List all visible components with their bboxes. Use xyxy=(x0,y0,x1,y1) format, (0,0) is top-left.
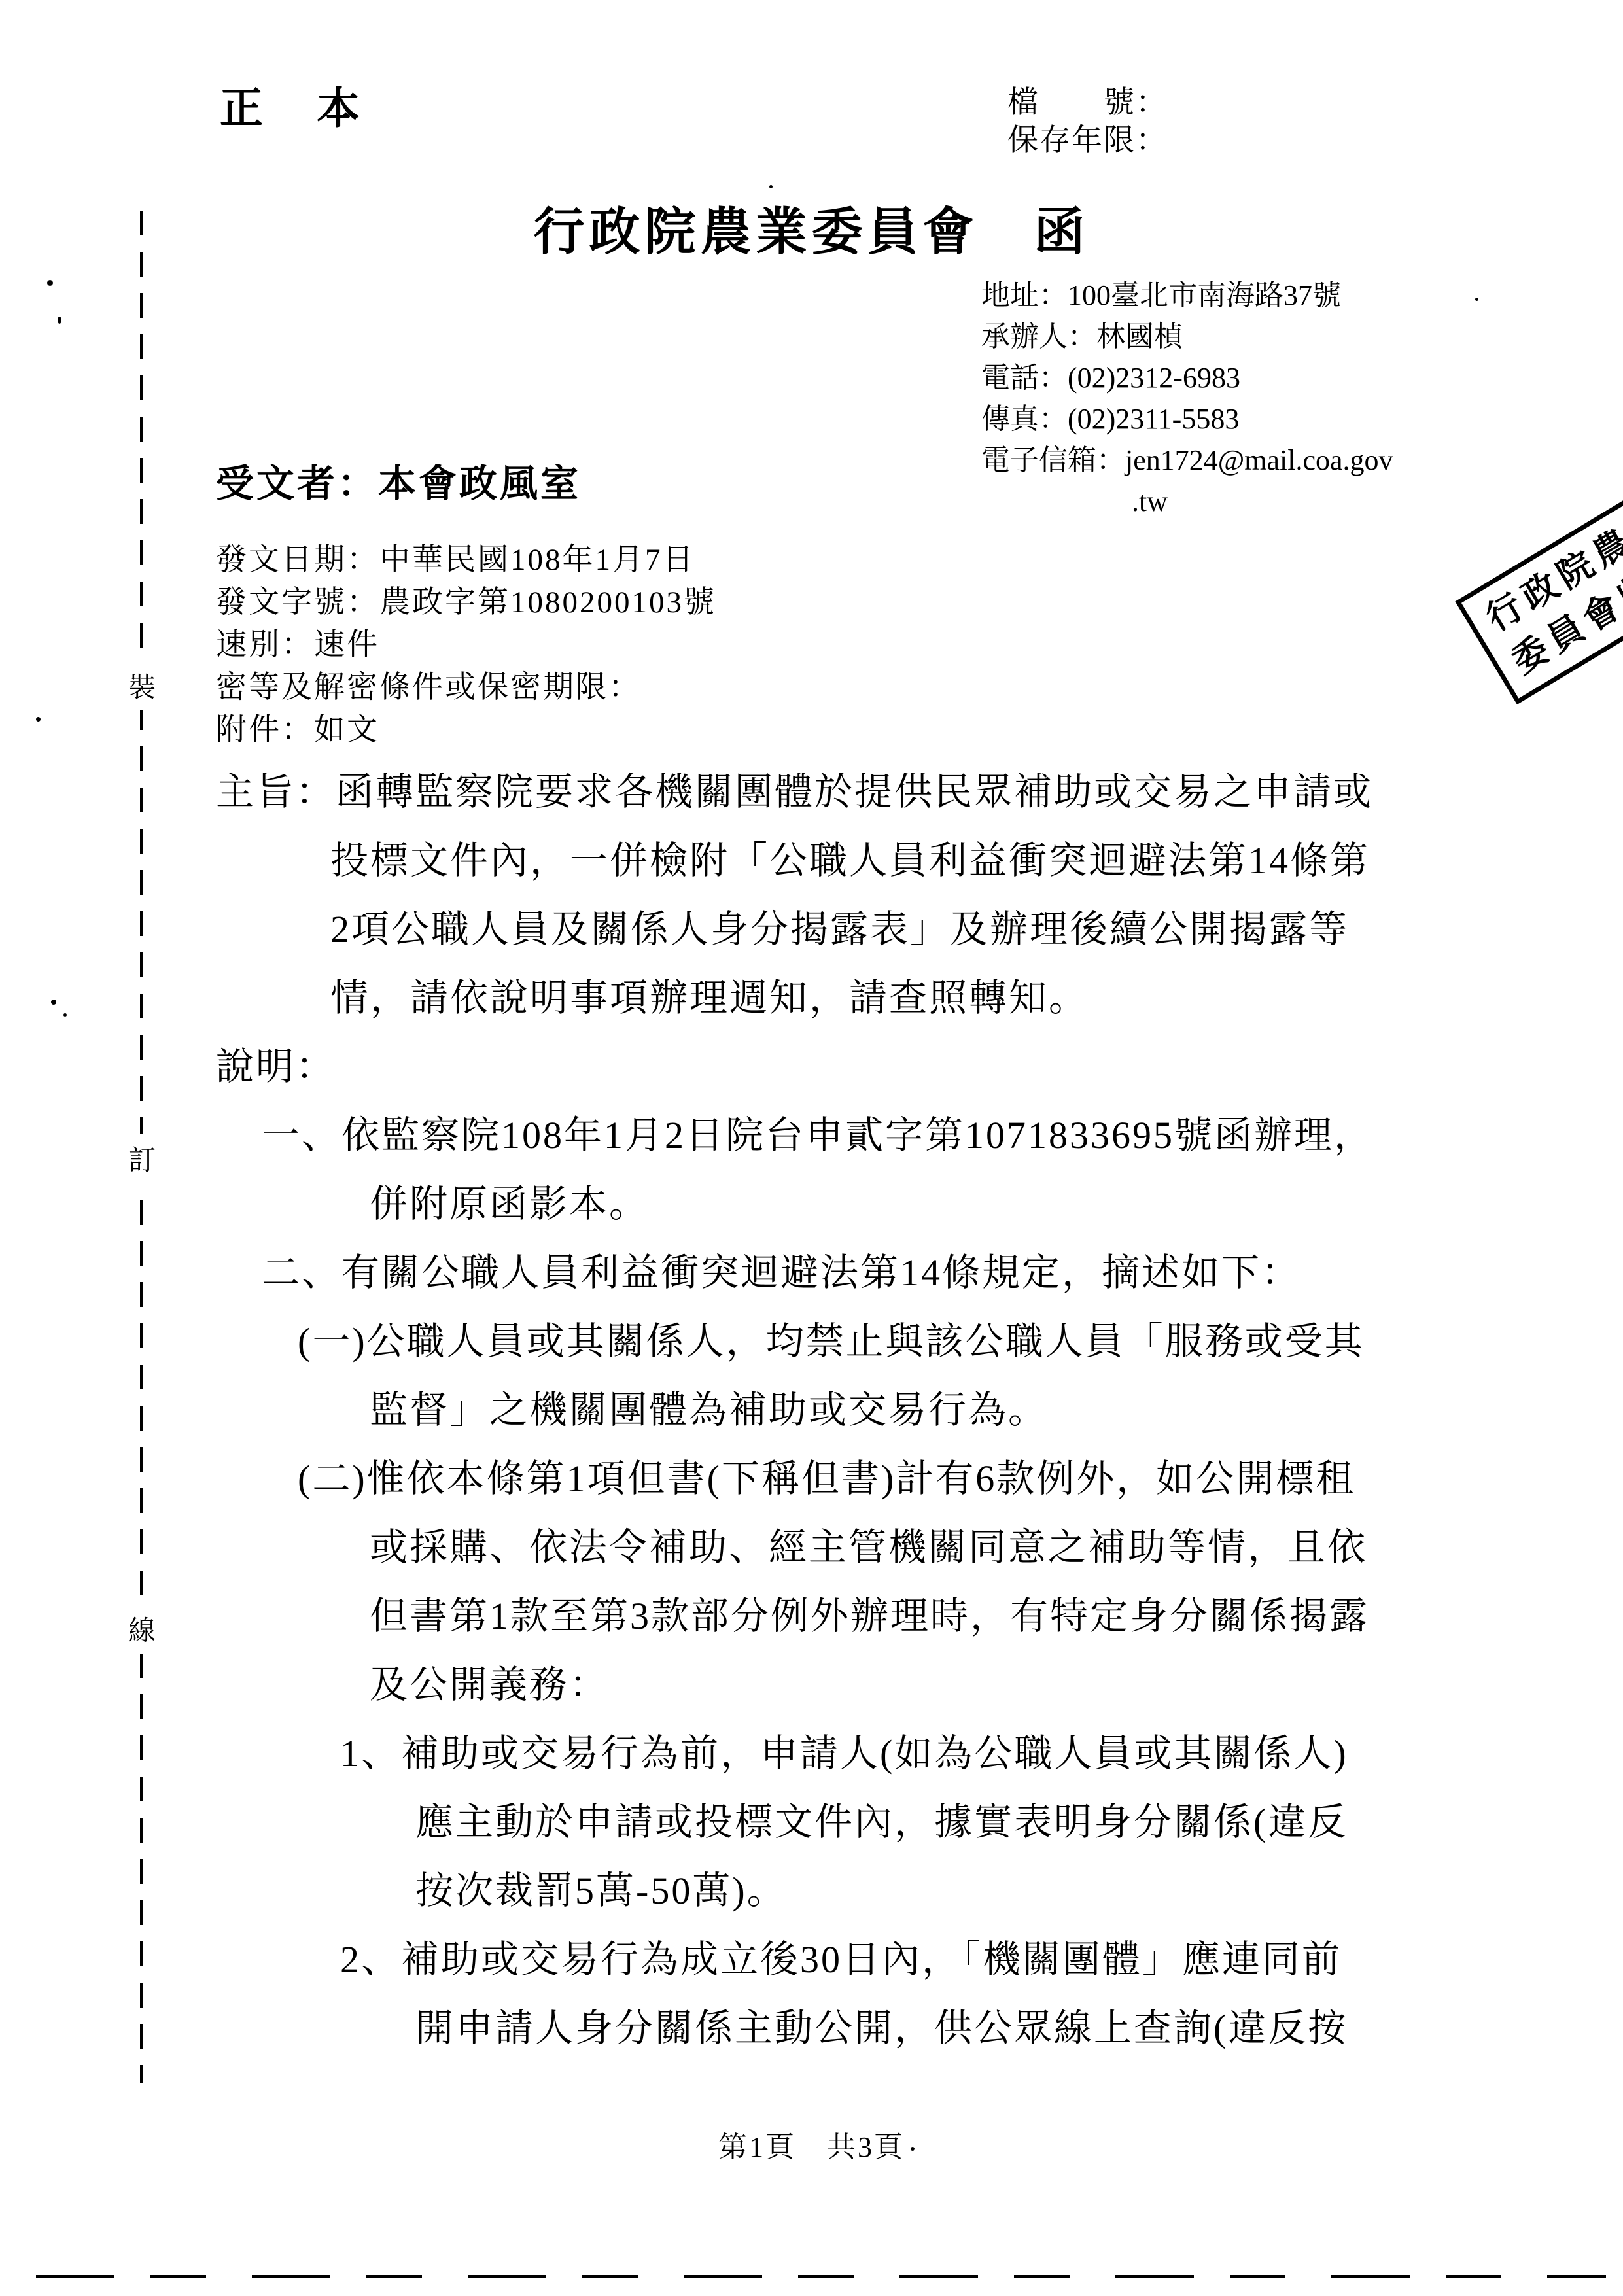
attachment-line: 附件：如文 xyxy=(216,709,716,752)
subject-line: 主旨：函轉監察院要求各機關團體於提供民眾補助或交易之申請或 xyxy=(216,757,1459,826)
explanation-heading: 說明： xyxy=(216,1032,1459,1101)
binding-mark-xian: 線 xyxy=(122,1604,162,1654)
binding-mark-zhuang: 裝 xyxy=(122,661,162,710)
explanation-subitem: (一)公職人員或其關係人，均禁止與該公職人員「服務或受其 xyxy=(216,1307,1459,1376)
security-class-line: 密等及解密條件或保密期限： xyxy=(216,667,716,709)
subject-line: 情，請依說明事項辦理週知，請查照轉知。 xyxy=(216,964,1459,1032)
sender-address: 地址：100臺北市南海路37號 xyxy=(981,275,1393,316)
explanation-subitem: 但書第1款至第3款部分例外辦理時，有特定身分關係揭露 xyxy=(216,1582,1459,1650)
scan-page-edge xyxy=(36,2275,1606,2278)
explanation-point: 1、補助或交易行為前，申請人(如為公職人員或其關係人) xyxy=(216,1719,1459,1788)
issue-date-line: 發文日期：中華民國108年1月7日 xyxy=(216,539,716,582)
doc-number-line: 發文字號：農政字第1080200103號 xyxy=(216,582,716,624)
file-header: 檔 號： 保存年限： xyxy=(1007,84,1168,160)
explanation-subitem: 或採購、依法令補助、經主管機關同意之補助等情，且依 xyxy=(216,1513,1459,1582)
explanation-point: 應主動於申請或投標文件內，據實表明身分關係(違反 xyxy=(216,1788,1459,1856)
scan-speck xyxy=(58,317,61,324)
scan-speck xyxy=(36,717,41,722)
scan-speck xyxy=(769,185,773,188)
explanation-item: 併附原函影本。 xyxy=(216,1170,1459,1238)
explanation-subitem: (二)惟依本條第1項但書(下稱但書)計有6款例外，如公開標租 xyxy=(216,1444,1459,1513)
sender-fax: 傳真：(02)2311-5583 xyxy=(981,398,1393,440)
subject-line: 2項公職人員及關係人身分揭露表」及辦理後續公開揭露等 xyxy=(216,895,1459,964)
scan-speck xyxy=(63,1013,67,1017)
sender-info-block: 地址：100臺北市南海路37號 承辦人：林國楨 電話：(02)2312-6983… xyxy=(981,275,1393,522)
sender-contact-person: 承辦人：林國楨 xyxy=(981,316,1393,357)
explanation-point: 開申請人身分關係主動公開，供公眾線上查詢(違反按 xyxy=(216,1994,1459,2062)
page-number-footer: 第1頁 共3頁 xyxy=(0,2123,1623,2165)
agency-stamp: 行政院農業 委員會收文 xyxy=(1455,476,1623,704)
sender-email-tld: .tw xyxy=(981,481,1393,522)
speed-class-line: 速別：速件 xyxy=(216,624,716,667)
subject-line: 投標文件內，一併檢附「公職人員利益衝突迴避法第14條第 xyxy=(216,826,1459,895)
scan-speck xyxy=(911,2147,915,2151)
explanation-point: 2、補助或交易行為成立後30日內，「機關團體」應連同前 xyxy=(216,1925,1459,1994)
copy-type-label: 正 本 xyxy=(220,73,365,135)
sender-email: 電子信箱：jen1724@mail.coa.gov xyxy=(981,440,1393,481)
explanation-item: 一、依監察院108年1月2日院台申貳字第1071833695號函辦理， xyxy=(216,1101,1459,1170)
scan-speck xyxy=(1475,298,1478,301)
scan-speck xyxy=(47,280,53,286)
recipient-line: 受文者：本會政風室 xyxy=(216,453,581,508)
body-text: 主旨：函轉監察院要求各機關團體於提供民眾補助或交易之申請或 投標文件內，一併檢附… xyxy=(216,757,1459,2062)
explanation-item: 二、有關公職人員利益衝突迴避法第14條規定，摘述如下： xyxy=(216,1238,1459,1307)
scan-speck xyxy=(51,1000,56,1005)
explanation-subitem: 監督」之機關團體為補助或交易行為。 xyxy=(216,1376,1459,1444)
sender-phone: 電話：(02)2312-6983 xyxy=(981,357,1393,398)
page-title: 行政院農業委員會 函 xyxy=(0,191,1623,264)
file-number-label: 檔 號： xyxy=(1007,84,1168,122)
meta-block: 發文日期：中華民國108年1月7日 發文字號：農政字第1080200103號 速… xyxy=(216,539,716,752)
retention-period-label: 保存年限： xyxy=(1007,122,1168,160)
explanation-point: 按次裁罰5萬-50萬)。 xyxy=(216,1856,1459,1925)
explanation-subitem: 及公開義務： xyxy=(216,1650,1459,1719)
binding-mark-ding: 訂 xyxy=(122,1134,162,1183)
